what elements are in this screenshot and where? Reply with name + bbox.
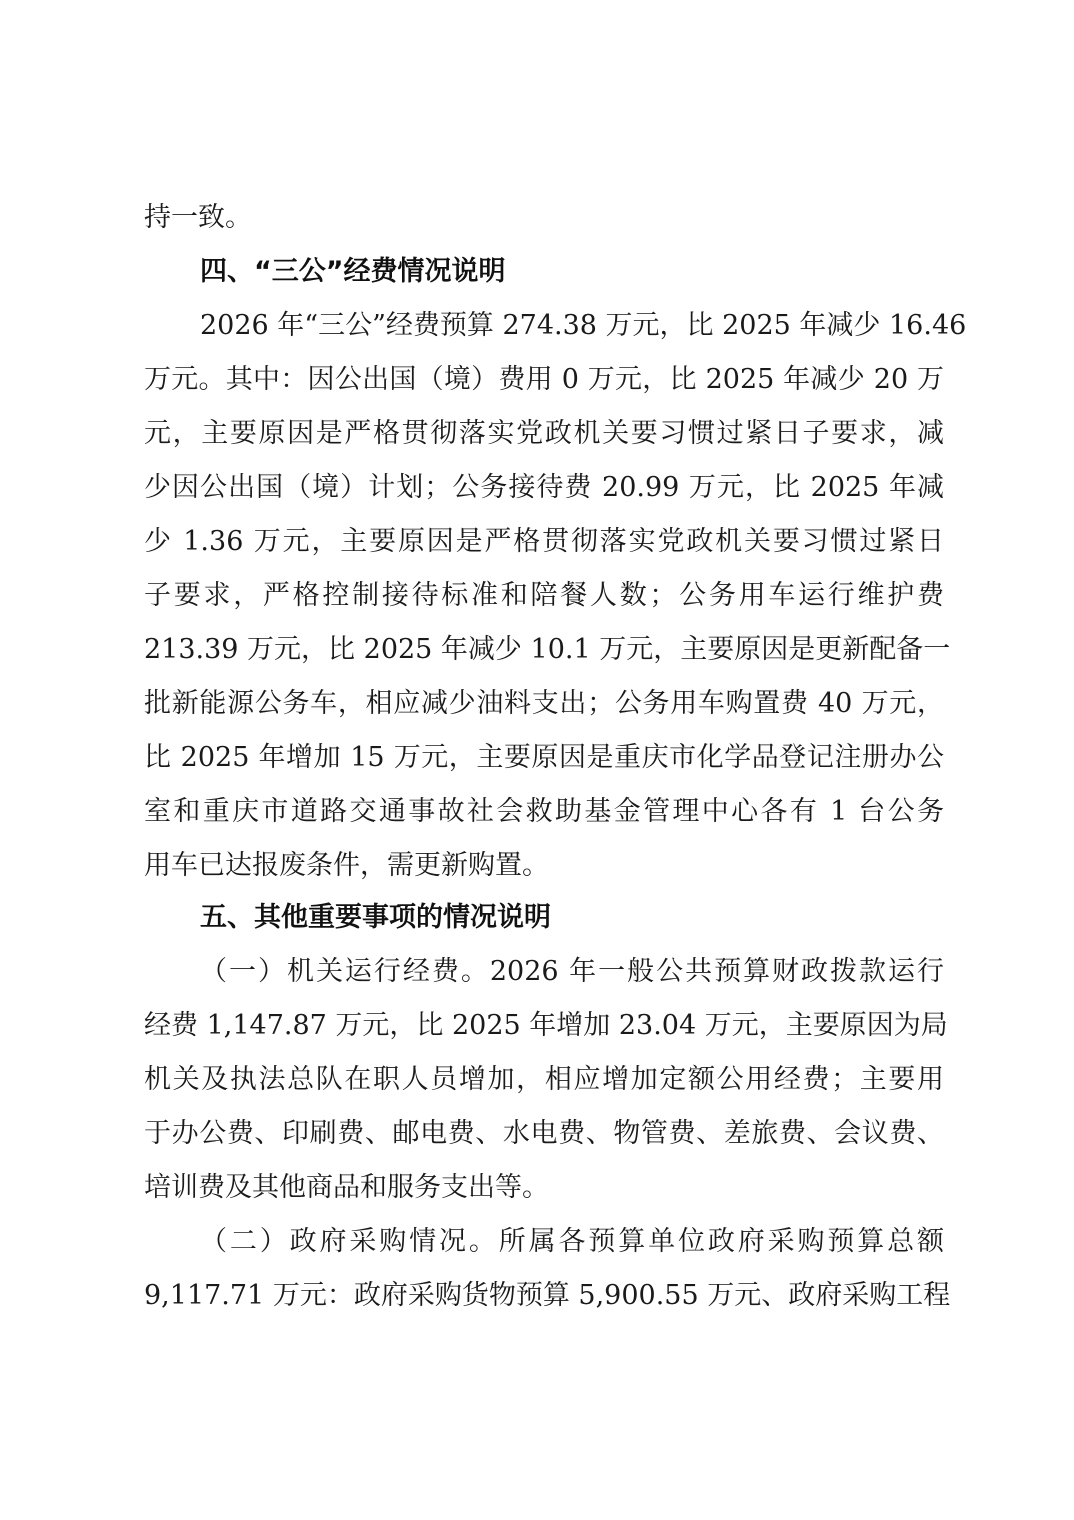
paragraph-line: 于办公费、印刷费、邮电费、水电费、物管费、差旅费、会议费、 xyxy=(144,1114,944,1154)
paragraph-line: 室和重庆市道路交通事故社会救助基金管理中心各有 1 台公务 xyxy=(144,792,944,832)
paragraph-line: 213.39 万元，比 2025 年减少 10.1 万元，主要原因是更新配备一 xyxy=(144,630,944,670)
paragraph-line: 万元。其中：因公出国（境）费用 0 万元，比 2025 年减少 20 万 xyxy=(144,360,944,400)
paragraph-line: 元，主要原因是严格贯彻落实党政机关要习惯过紧日子要求，减 xyxy=(144,414,944,454)
paragraph-line: 比 2025 年增加 15 万元，主要原因是重庆市化学品登记注册办公 xyxy=(144,738,944,778)
subsection-line: （一）机关运行经费。2026 年一般公共预算财政拨款运行 xyxy=(200,952,944,992)
paragraph-line: 机关及执法总队在职人员增加，相应增加定额公用经费；主要用 xyxy=(144,1060,944,1100)
paragraph-line: 用车已达报废条件，需更新购置。 xyxy=(144,846,944,886)
paragraph-line: 9,117.71 万元：政府采购货物预算 5,900.55 万元、政府采购工程 xyxy=(144,1276,944,1316)
paragraph-line-continuation: 持一致。 xyxy=(144,198,944,238)
paragraph-line: 少 1.36 万元，主要原因是严格贯彻落实党政机关要习惯过紧日 xyxy=(144,522,944,562)
subsection-line: （二）政府采购情况。所属各预算单位政府采购预算总额 xyxy=(200,1222,944,1262)
section-heading-five: 五、其他重要事项的情况说明 xyxy=(200,898,944,938)
paragraph-line: 子要求，严格控制接待标准和陪餐人数；公务用车运行维护费 xyxy=(144,576,944,616)
document-page: 持一致。 四、“三公”经费情况说明 2026 年“三公”经费预算 274.38 … xyxy=(0,0,1074,1520)
paragraph-line: 批新能源公务车，相应减少油料支出；公务用车购置费 40 万元， xyxy=(144,684,944,724)
paragraph-line: 少因公出国（境）计划；公务接待费 20.99 万元，比 2025 年减 xyxy=(144,468,944,508)
section-heading-four: 四、“三公”经费情况说明 xyxy=(200,252,944,292)
paragraph-line: 2026 年“三公”经费预算 274.38 万元，比 2025 年减少 16.4… xyxy=(200,306,944,346)
paragraph-line: 经费 1,147.87 万元，比 2025 年增加 23.04 万元，主要原因为… xyxy=(144,1006,944,1046)
paragraph-line: 培训费及其他商品和服务支出等。 xyxy=(144,1168,944,1208)
